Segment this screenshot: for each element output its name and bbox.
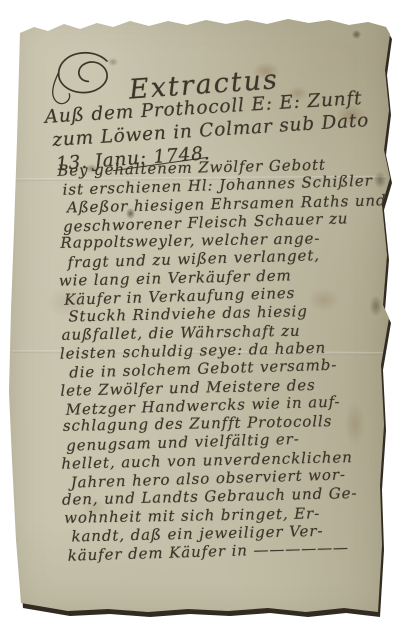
document-title: Extractus xyxy=(128,64,280,105)
foxing-stain xyxy=(82,498,108,518)
manuscript-line: wohnheit mit sich bringet, Er- xyxy=(62,503,391,527)
torn-edge-mark xyxy=(374,172,386,188)
manuscript-line: fragt und zu wißen verlanget, xyxy=(58,245,387,273)
manuscript-line: lete Zwölfer und Meistere des xyxy=(60,374,389,400)
foxing-stain xyxy=(308,288,340,312)
manuscript-line: Aßeßor hiesigen Ehrsamen Raths und xyxy=(58,191,387,217)
manuscript-line: leisten schuldig seye: da haben xyxy=(60,337,389,363)
foxing-stain xyxy=(46,286,88,318)
ink-speck xyxy=(126,208,135,219)
heading-line-source: Auß dem Prothocoll E: E: Zunft xyxy=(44,87,368,129)
manuscript-line: wie lang ein Verkäufer dem xyxy=(59,264,388,290)
manuscript-line: Bey gehaltenem Zwölfer Gebott xyxy=(57,154,386,180)
manuscript-line: käufer dem Käufer in —————— xyxy=(62,537,391,565)
manuscript-line: hellet, auch von unverdencklichen xyxy=(61,447,390,473)
manuscript-line: außfallet, die Währschaft zu xyxy=(59,320,388,344)
photograph-of-manuscript: Extractus Auß dem Prothocoll E: E: Zunft… xyxy=(0,0,400,634)
heading-line-place: zum Löwen in Colmar sub Dato xyxy=(52,109,370,152)
date-underline-flourish xyxy=(113,157,208,171)
manuscript-line: ist erschienen Hl: Johannes Schißler xyxy=(57,171,386,199)
fold-crease xyxy=(12,350,386,355)
torn-edge-mark xyxy=(370,296,382,316)
manuscript-line: den, und Landts Gebrauch und Ge- xyxy=(62,484,391,510)
manuscript-line: kandt, daß ein jeweiliger Ver- xyxy=(62,520,391,546)
manuscript-sheet: Extractus Auß dem Prothocoll E: E: Zunft… xyxy=(0,0,400,634)
ink-speck xyxy=(108,58,118,66)
manuscript-body: Bey gehaltenem Zwölfer Gebottist erschie… xyxy=(57,156,391,563)
manuscript-line: Jahren hero also observiert wor- xyxy=(61,464,390,492)
manuscript-line: genugsam und vielfältig er- xyxy=(61,428,390,456)
manuscript-line: die in solchem Gebott versamb- xyxy=(60,354,389,382)
heading-line-date: 13. Janu: 1748. xyxy=(55,131,371,176)
calligraphic-flourish-initial xyxy=(48,46,124,111)
manuscript-line: Metzger Handwercks wie in auf- xyxy=(60,391,389,419)
ink-speck xyxy=(86,164,97,173)
manuscript-line: schlagung des Zunfft Protocolls xyxy=(61,411,390,435)
corner-mark xyxy=(352,30,361,39)
foxing-stain xyxy=(336,104,366,126)
manuscript-heading: Extractus Auß dem Prothocoll E: E: Zunft… xyxy=(48,29,371,172)
foxing-stain xyxy=(288,86,308,101)
manuscript-line: Rappoltsweyler, welcher ange- xyxy=(58,228,387,252)
foxing-stain xyxy=(344,402,366,446)
manuscript-line: geschworener Fleisch Schauer zu xyxy=(58,208,387,236)
foxing-stain xyxy=(252,62,280,80)
fold-crease xyxy=(12,176,386,182)
manuscript-line: Käufer in Verkaufung eines xyxy=(59,281,388,309)
manuscript-line: Stuckh Rindviehe das hiesig xyxy=(59,301,388,327)
